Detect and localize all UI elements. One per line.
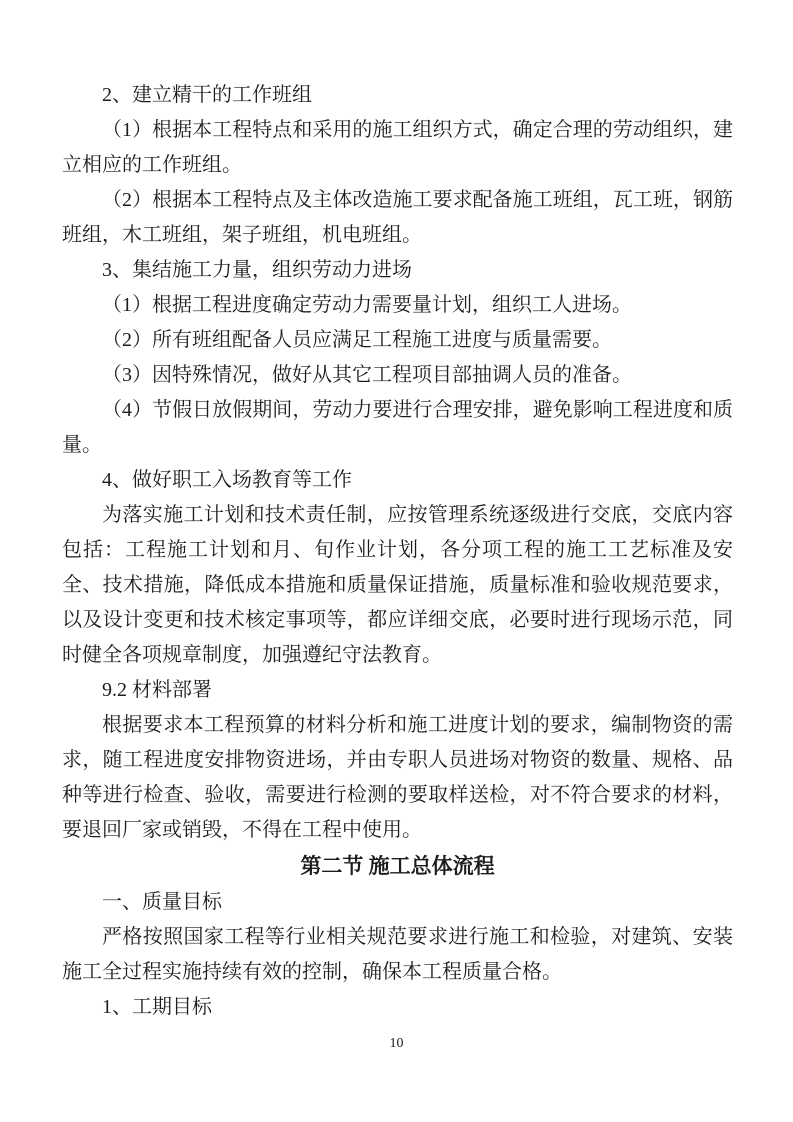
paragraph: 一、质量目标 xyxy=(62,885,733,920)
paragraph: 1、工期目标 xyxy=(62,990,733,1025)
document-page: 2、建立精干的工作班组 （1）根据本工程特点和采用的施工组织方式，确定合理的劳动… xyxy=(0,0,793,1122)
paragraph: （1）根据工程进度确定劳动力需要量计划，组织工人进场。 xyxy=(62,288,733,323)
paragraph: 根据要求本工程预算的材料分析和施工进度计划的要求，编制物资的需求，随工程进度安排… xyxy=(62,708,733,848)
page-body: 2、建立精干的工作班组 （1）根据本工程特点和采用的施工组织方式，确定合理的劳动… xyxy=(0,0,793,1025)
section-heading: 第二节 施工总体流程 xyxy=(62,848,733,885)
paragraph: （2）根据本工程特点及主体改造施工要求配备施工班组，瓦工班，钢筋班组，木工班组，… xyxy=(62,183,733,253)
paragraph: 严格按照国家工程等行业相关规范要求进行施工和检验，对建筑、安装施工全过程实施持续… xyxy=(62,920,733,990)
paragraph: 2、建立精干的工作班组 xyxy=(62,78,733,113)
page-number: 10 xyxy=(0,1036,793,1052)
paragraph: 3、集结施工力量，组织劳动力进场 xyxy=(62,253,733,288)
paragraph: 为落实施工计划和技术责任制，应按管理系统逐级进行交底，交底内容包括：工程施工计划… xyxy=(62,498,733,673)
paragraph: （3）因特殊情况，做好从其它工程项目部抽调人员的准备。 xyxy=(62,358,733,393)
paragraph: 9.2 材料部署 xyxy=(62,673,733,708)
paragraph: 4、做好职工入场教育等工作 xyxy=(62,463,733,498)
paragraph: （1）根据本工程特点和采用的施工组织方式，确定合理的劳动组织，建立相应的工作班组… xyxy=(62,113,733,183)
paragraph: （4）节假日放假期间，劳动力要进行合理安排，避免影响工程进度和质量。 xyxy=(62,393,733,463)
paragraph: （2）所有班组配备人员应满足工程施工进度与质量需要。 xyxy=(62,323,733,358)
